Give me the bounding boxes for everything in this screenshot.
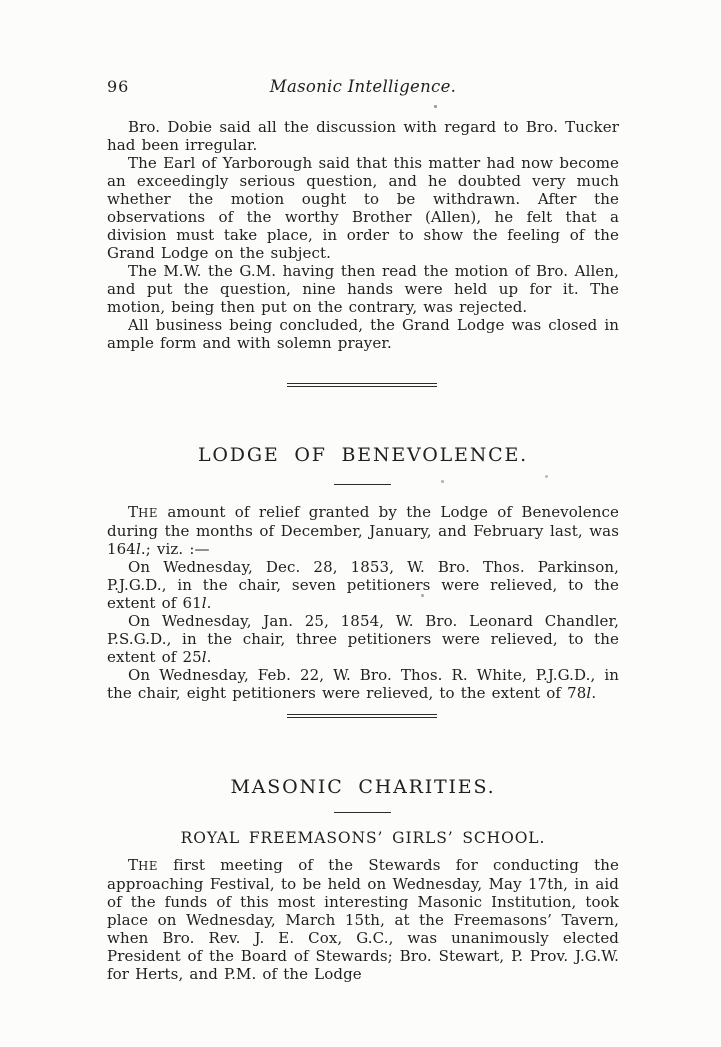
- section-heading-lodge-of-benevolence: LODGE OF BENEVOLENCE.: [107, 444, 619, 466]
- paragraph: Bro. Dobie said all the discussion with …: [107, 118, 619, 154]
- paragraph: On Wednesday, Jan. 25, 1854, W. Bro. Leo…: [107, 612, 619, 666]
- scan-speck: [434, 105, 437, 108]
- scanned-book-page: 96 Masonic Intelligence. Bro. Dobie said…: [0, 0, 721, 1047]
- heading-underline-rule: [334, 812, 391, 813]
- section-divider-rule: [287, 383, 437, 387]
- scan-speck: [545, 475, 548, 478]
- paragraph: On Wednesday, Dec. 28, 1853, W. Bro. Tho…: [107, 558, 619, 612]
- section-divider-rule: [287, 714, 437, 718]
- heading-underline-rule: [334, 484, 391, 485]
- page-number: 96: [107, 77, 177, 96]
- scan-speck: [421, 594, 424, 597]
- running-head-title: Masonic Intelligence.: [177, 77, 549, 96]
- paragraph: THE amount of relief granted by the Lodg…: [107, 503, 619, 558]
- scan-speck: [441, 480, 444, 483]
- section-masonic-charities-body: THE first meeting of the Stewards for co…: [107, 856, 619, 983]
- page-header: 96 Masonic Intelligence.: [107, 77, 619, 96]
- subheading-royal-freemasons-girls-school: ROYAL FREEMASONS’ GIRLS’ SCHOOL.: [107, 829, 619, 848]
- section-lodge-of-benevolence-body: THE amount of relief granted by the Lodg…: [107, 503, 619, 702]
- paragraph: On Wednesday, Feb. 22, W. Bro. Thos. R. …: [107, 666, 619, 702]
- section-heading-masonic-charities: MASONIC CHARITIES.: [107, 776, 619, 798]
- section-grand-lodge-proceedings: Bro. Dobie said all the discussion with …: [107, 118, 619, 352]
- paragraph: All business being concluded, the Grand …: [107, 316, 619, 352]
- paragraph: The M.W. the G.M. having then read the m…: [107, 262, 619, 316]
- paragraph: THE first meeting of the Stewards for co…: [107, 856, 619, 983]
- paragraph: The Earl of Yarborough said that this ma…: [107, 154, 619, 262]
